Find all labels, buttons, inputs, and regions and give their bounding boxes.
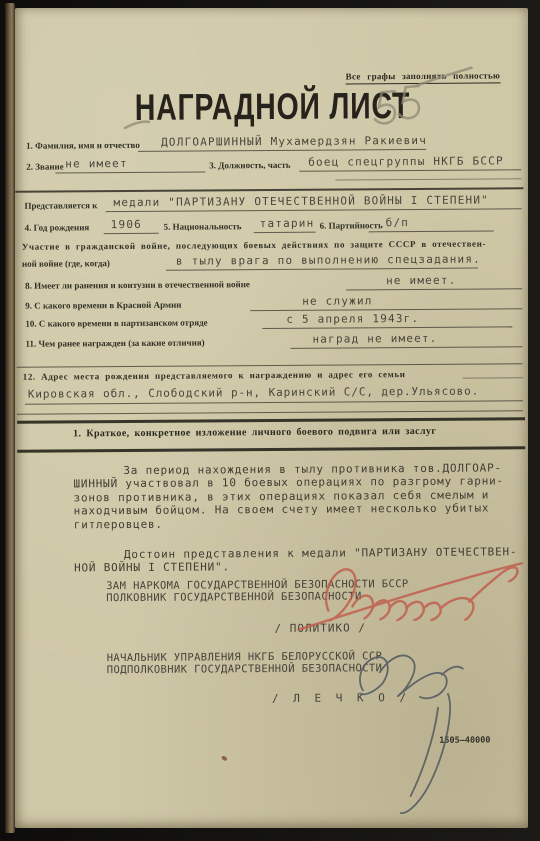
field-1-label: 1. Фамилия, имя и отчество: [26, 140, 140, 151]
field-3-label: 3. Должность, часть: [209, 160, 290, 171]
field-2-label: 2. Звание: [26, 161, 64, 171]
field-7-value: в тылу врага по выполнению спецзадания.: [176, 253, 481, 268]
field-5-label: 5. Национальность: [164, 221, 242, 232]
conclusion-line: НОЙ ВОЙНЫ I СТЕПЕНИ".: [74, 560, 230, 575]
fill-all-fields-note: Все графы заполнять полностью: [346, 70, 501, 84]
field-8-value: не имеет.: [386, 274, 456, 287]
field-11-value: наград не имеет.: [312, 332, 437, 346]
signatory-1-title-line1: ЗАМ НАРКОМА ГОСУДАРСТВЕННОЙ БЕЗОПАСНОСТИ…: [106, 578, 409, 592]
field-5-value: татарин: [260, 217, 315, 230]
form-title: НАГРАДНОЙ ЛИСТ: [135, 85, 411, 129]
merit-paragraph-line: гитлеровцев.: [74, 518, 163, 532]
field-10-label: 10. С какого времени в партизанском отря…: [25, 317, 207, 328]
field-7-label-line2: ной войне (где, когда): [22, 258, 110, 269]
field-4-value: 1906: [111, 218, 142, 231]
field-6-label: 6. Партийность: [320, 220, 383, 230]
presented-to-label: Представляется к: [24, 200, 97, 211]
signatory-2-name: / Л Е Ч К О /: [272, 691, 410, 705]
document-scan: Все графы заполнять полностью НАГРАДНОЙ …: [0, 0, 540, 841]
field-11-label: 11. Чем ранее награжден (за какие отличи…: [25, 337, 204, 348]
book-spine-edge: [5, 3, 15, 833]
field-4-label: 4. Год рождения: [25, 222, 90, 232]
merit-paragraph-line: находчивым бойцом. На своем счету имеет …: [74, 501, 490, 517]
field-7-label-line1: Участие в гражданской войне, последующих…: [22, 238, 486, 251]
field-2-value: не имеет: [65, 157, 128, 170]
field-8-label: 8. Имеет ли ранения и контузии в отечест…: [25, 279, 250, 291]
print-run-code: 1505—40000: [439, 735, 490, 745]
field-10-value: с 5 апреля 1943г.: [286, 312, 419, 326]
section-1-header: 1. Краткое, конкретное изложение личного…: [73, 426, 436, 440]
signatory-1-name: / ПОЛИТИКО /: [274, 621, 366, 635]
field-9-label: 9. С какого времени в Красной Армии: [25, 300, 181, 311]
paper-speck: [221, 755, 228, 762]
signatory-1-title-line2: ПОЛКОВНИК ГОСУДАРСТВЕННОЙ БЕЗОПАСНОСТИ: [106, 590, 361, 604]
field-6-value: б/п: [386, 216, 410, 229]
field-1-value: ДОЛГОАРШИННЫЙ Мухамердзян Ракиевич: [161, 134, 427, 149]
field-3-value: боец спецгруппы НКГБ БССР: [308, 154, 504, 168]
presented-to-value: медали "ПАРТИЗАНУ ОТЕЧЕСТВЕННОЙ ВОЙНЫ I …: [113, 193, 489, 209]
field-12-label: 12. Адрес места рождения представляемого…: [23, 369, 406, 382]
field-9-value: не служил: [302, 294, 372, 307]
conclusion-line: Достоин представления к медали "ПАРТИЗАН…: [124, 545, 517, 561]
signatory-2-title-line2: ПОДПОЛКОВНИК ГОСУДАРСТВЕННОЙ БЕЗОПАСНОСТ…: [107, 662, 383, 676]
award-sheet-page: Все графы заполнять полностью НАГРАДНОЙ …: [15, 8, 528, 828]
lechko-blue-ink-signature: [360, 655, 464, 813]
field-12-value: Кировская обл., Слободский р-н, Карински…: [28, 385, 479, 401]
